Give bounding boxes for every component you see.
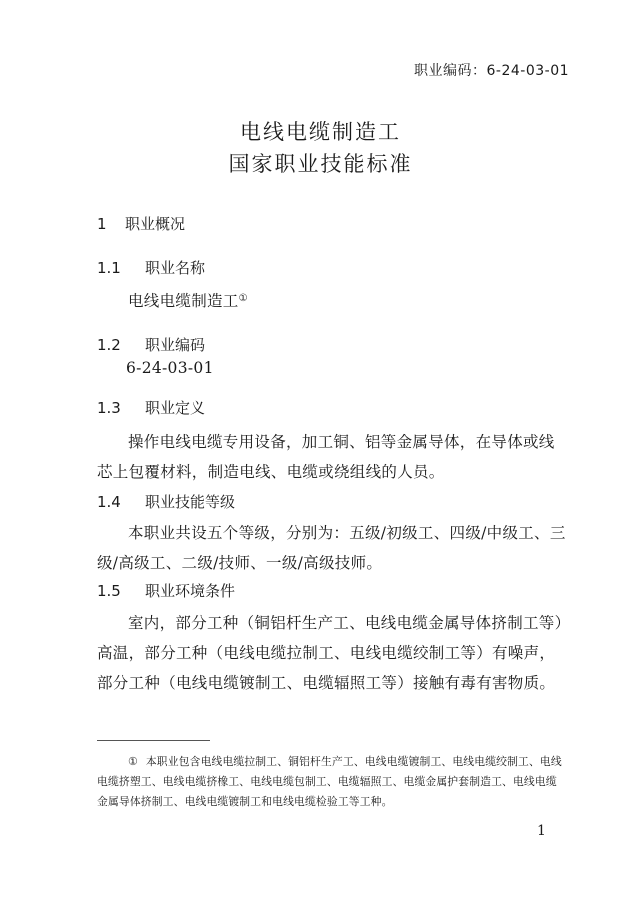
- section-1-2-body: 6-24-03-01: [126, 353, 596, 383]
- document-title-line1: 电线电缆制造工: [0, 116, 641, 146]
- section-number: 1: [97, 215, 125, 233]
- section-1-2-heading: 1.2职业编码: [97, 334, 205, 355]
- section-number: 1.2: [97, 336, 145, 354]
- section-number: 1.4: [97, 493, 145, 511]
- section-title: 职业概况: [125, 215, 185, 233]
- document-title-line2: 国家职业技能标准: [0, 148, 641, 178]
- section-title: 职业环境条件: [145, 582, 235, 600]
- occupation-code-header: 职业编码：6-24-03-01: [414, 60, 569, 80]
- section-number: 1.1: [97, 259, 145, 277]
- section-1-5-body: 室内，部分工种（铜铝杆生产工、电线电缆金属导体挤制工等）高温，部分工种（电线电缆…: [97, 608, 567, 698]
- page-number: 1: [537, 823, 546, 839]
- footnote-text: 本职业包含电线电缆拉制工、铜铝杆生产工、电线电缆镀制工、电线电缆绞制工、电线电缆…: [97, 755, 562, 808]
- section-1-heading: 1职业概况: [97, 213, 185, 234]
- section-title: 职业定义: [145, 399, 205, 417]
- section-title: 职业编码: [145, 336, 205, 354]
- section-1-1-body: 电线电缆制造工①: [128, 286, 598, 316]
- section-1-5-heading: 1.5职业环境条件: [97, 580, 235, 601]
- section-1-3-heading: 1.3职业定义: [97, 397, 205, 418]
- footnote-reference[interactable]: ①: [239, 293, 248, 304]
- section-number: 1.3: [97, 399, 145, 417]
- footnote-mark: ①: [128, 755, 138, 768]
- footnote-divider: [97, 740, 210, 741]
- section-number: 1.5: [97, 582, 145, 600]
- section-1-4-heading: 1.4职业技能等级: [97, 491, 235, 512]
- section-1-4-body: 本职业共设五个等级，分别为：五级/初级工、四级/中级工、三级/高级工、二级/技师…: [97, 518, 567, 578]
- section-1-3-body: 操作电线电缆专用设备，加工铜、铝等金属导体，在导体或线芯上包覆材料，制造电线、电…: [97, 427, 567, 487]
- section-1-1-heading: 1.1职业名称: [97, 257, 205, 278]
- section-title: 职业技能等级: [145, 493, 235, 511]
- section-title: 职业名称: [145, 259, 205, 277]
- footnote: ①本职业包含电线电缆拉制工、铜铝杆生产工、电线电缆镀制工、电线电缆绞制工、电线电…: [97, 752, 565, 812]
